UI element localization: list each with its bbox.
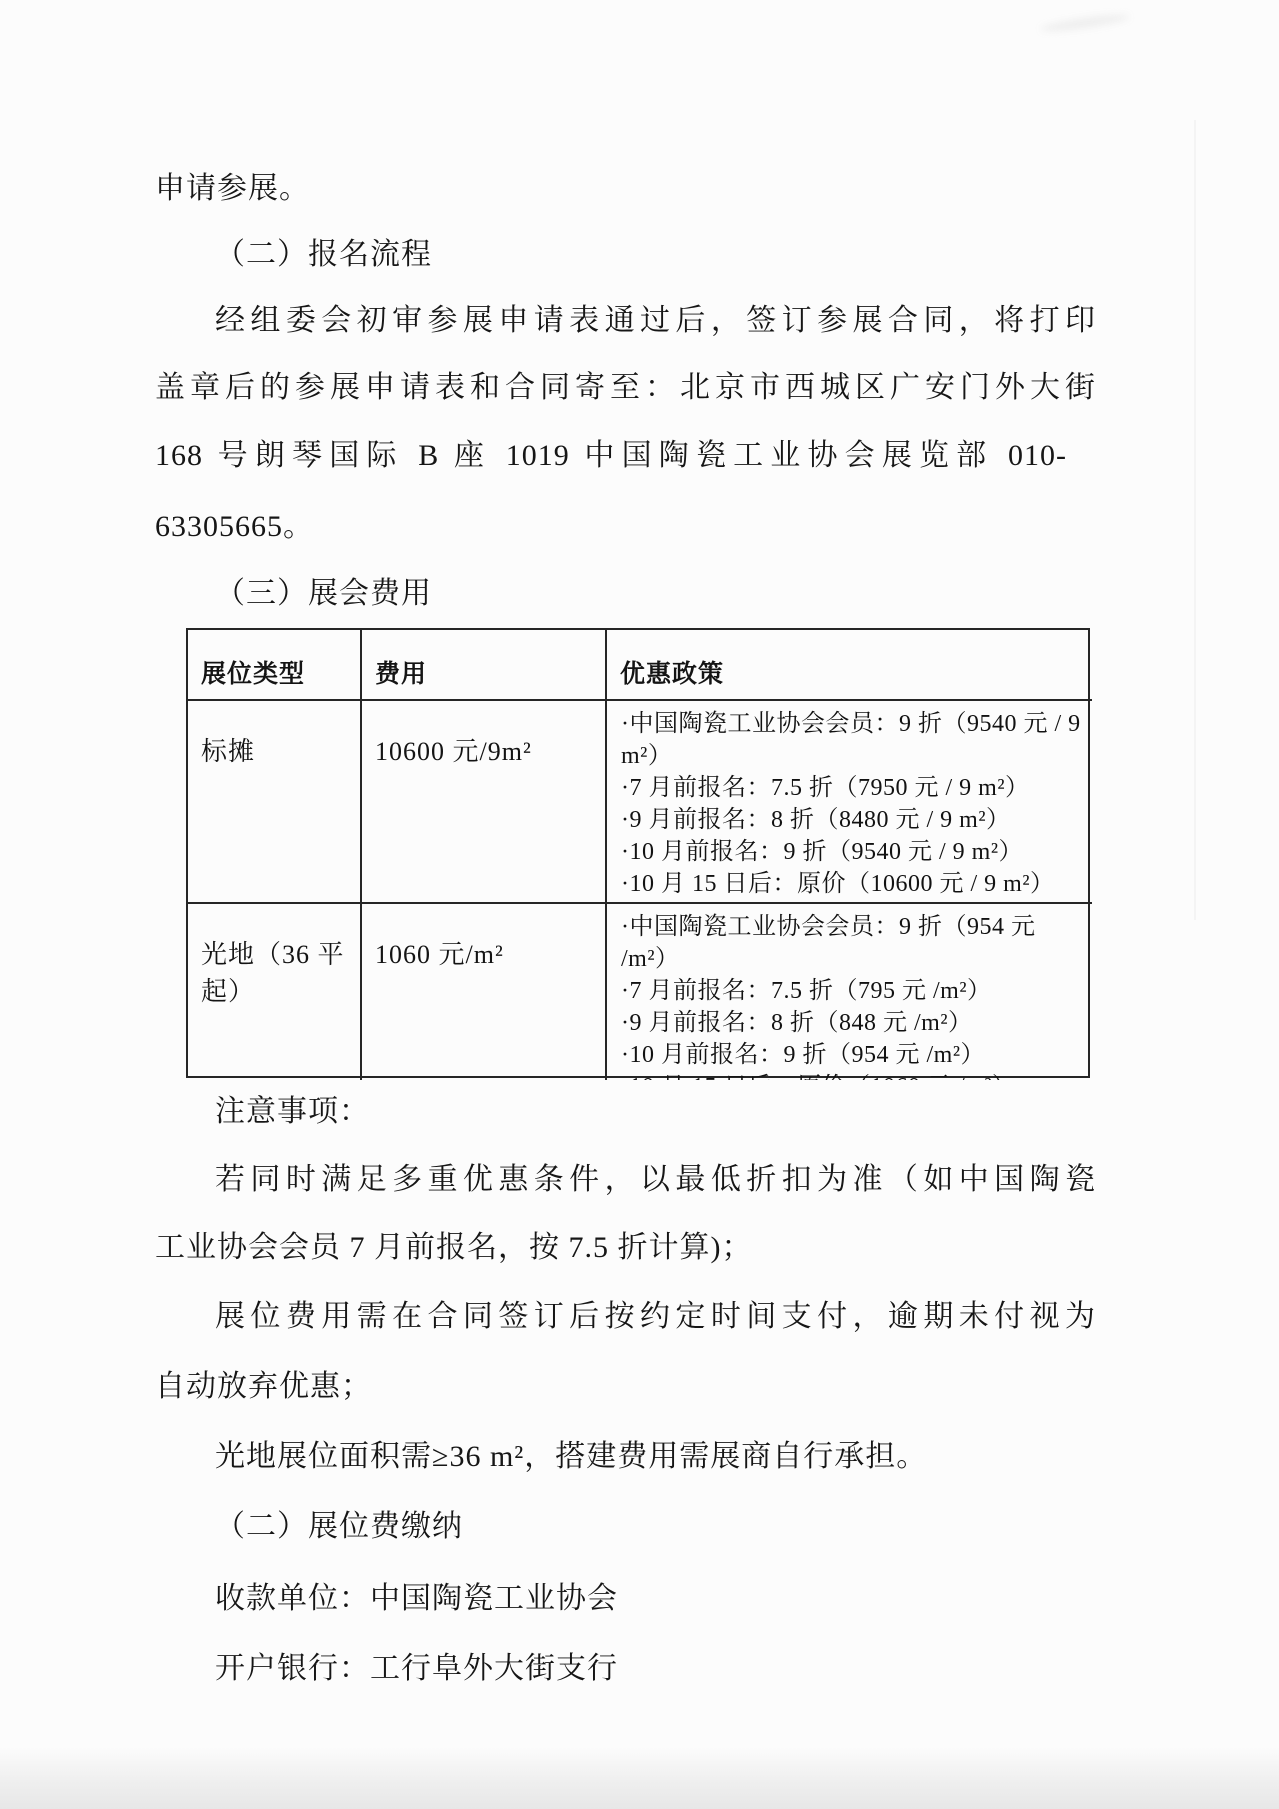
paragraph-line: 光地展位面积需≥36 m²，搭建费用需展商自行承担。 [215, 1440, 927, 1474]
paragraph-line: 申请参展。 [155, 172, 310, 206]
paragraph-line: 工业协会会员 7 月前报名，按 7.5 折计算)； [155, 1231, 753, 1265]
paragraph-line: 若同时满足多重优惠条件，以最低折扣为准（如中国陶瓷 [215, 1163, 1096, 1197]
paragraph-line: 展位费用需在合同签订后按约定时间支付，逾期未付视为 [215, 1300, 1096, 1334]
table-cell-booth-type: 光地（36 平起） [188, 902, 360, 1080]
policy-line: ·中国陶瓷工业协会会员：9 折（954 元 /m²） [621, 911, 1086, 975]
policy-line: ·9 月前报名：8 折（8480 元 / 9 m²） [621, 804, 1086, 836]
scan-bottom-shadow [0, 1747, 1279, 1809]
notes-heading: 注意事项： [215, 1095, 370, 1129]
policy-line: ·9 月前报名：8 折（848 元 /m²） [621, 1007, 1086, 1039]
policy-line: ·中国陶瓷工业协会会员：9 折（9540 元 / 9 m²） [621, 708, 1086, 772]
scanned-document-page: 申请参展。 （二）报名流程 经组委会初审参展申请表通过后，签订参展合同，将打印 … [0, 0, 1279, 1809]
table-cell-fee: 10600 元/9m² [360, 699, 605, 902]
paragraph-line: 自动放弃优惠； [155, 1370, 372, 1404]
table-cell-policies: ·中国陶瓷工业协会会员：9 折（9540 元 / 9 m²） ·7 月前报名：7… [605, 699, 1092, 902]
scan-edge-line [1194, 120, 1196, 920]
table-cell-fee: 1060 元/m² [360, 902, 605, 1080]
column-header-fee: 费用 [360, 630, 605, 699]
scan-smudge [1040, 12, 1131, 34]
table-cell-policies: ·中国陶瓷工业协会会员：9 折（954 元 /m²） ·7 月前报名：7.5 折… [605, 902, 1092, 1080]
column-header-booth-type: 展位类型 [188, 630, 360, 699]
policy-line: ·7 月前报名：7.5 折（7950 元 / 9 m²） [621, 772, 1086, 804]
section-heading-registration-process: （二）报名流程 [215, 238, 432, 272]
payee-line: 收款单位：中国陶瓷工业协会 [215, 1582, 618, 1616]
policy-line: ·10 月 15 日后：原价（1060 元 /m²） [621, 1071, 1086, 1080]
policy-line: ·10 月前报名：9 折（9540 元 / 9 m²） [621, 836, 1086, 868]
paragraph-line-address: 168 号朗琴国际 B 座 1019 中国陶瓷工业协会展览部 010- [155, 439, 1067, 473]
fee-table: 展位类型 费用 优惠政策 标摊 10600 元/9m² ·中国陶瓷工业协会会员：… [186, 628, 1090, 1078]
bank-line: 开户银行：工行阜外大街支行 [215, 1652, 618, 1686]
policy-line: ·10 月 15 日后：原价（10600 元 / 9 m²） [621, 868, 1086, 900]
section-heading-fee-payment: （二）展位费缴纳 [215, 1510, 463, 1544]
column-header-discount-policy: 优惠政策 [605, 630, 1092, 699]
paragraph-line: 经组委会初审参展申请表通过后，签订参展合同，将打印 [215, 304, 1096, 338]
paragraph-line-phone: 63305665。 [155, 510, 314, 544]
table-cell-booth-type: 标摊 [188, 699, 360, 902]
section-heading-exhibition-fees: （三）展会费用 [215, 577, 432, 611]
policy-line: ·7 月前报名：7.5 折（795 元 /m²） [621, 975, 1086, 1007]
paragraph-line: 盖章后的参展申请表和合同寄至：北京市西城区广安门外大街 [155, 371, 1096, 405]
policy-line: ·10 月前报名：9 折（954 元 /m²） [621, 1039, 1086, 1071]
